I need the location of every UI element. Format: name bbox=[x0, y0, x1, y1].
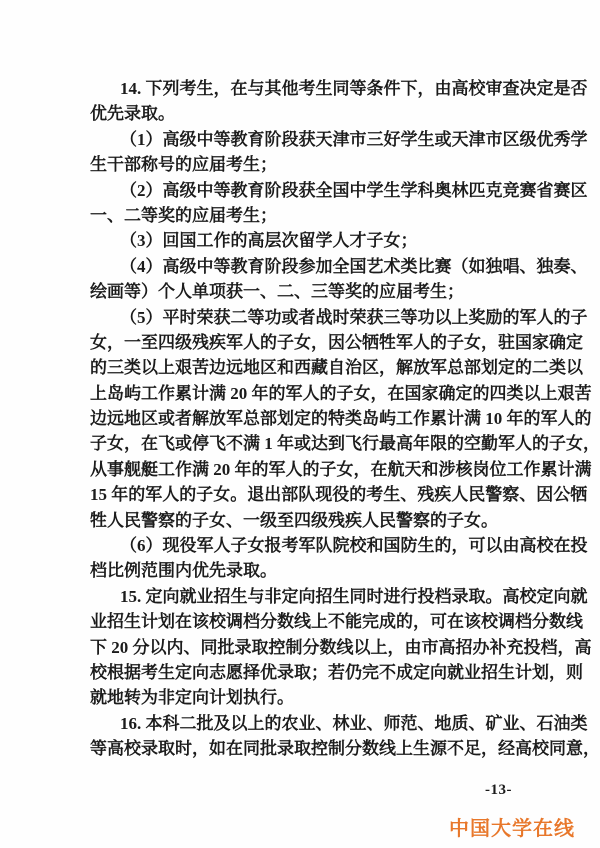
text-line: 下 20 分以内、同批录取控制分数线以上，由市高招办补充投档，高 bbox=[90, 635, 516, 660]
text-line: （6）现役军人子女报考军队院校和国防生的，可以由高校在投 bbox=[90, 533, 516, 558]
text-line: 14. 下列考生，在与其他考生同等条件下，由高校审查决定是否 bbox=[90, 76, 516, 101]
text-line: 子女，在飞或停飞不满 1 年或达到飞行最高年限的空勤军人的子女， bbox=[90, 431, 516, 456]
text-line: 牲人民警察的子女、一级至四级残疾人民警察的子女。 bbox=[90, 508, 516, 533]
text-line: （3）回国工作的高层次留学人才子女； bbox=[90, 228, 516, 253]
text-line: 15 年的军人的子女。退出部队现役的考生、残疾人民警察、因公牺 bbox=[90, 482, 516, 507]
text-line: 边远地区或者解放军总部划定的特类岛屿工作累计满 10 年的军人的 bbox=[90, 406, 516, 431]
text-line: （4）高级中等教育阶段参加全国艺术类比赛（如独唱、独奏、 bbox=[90, 254, 516, 279]
text-line: 生干部称号的应届考生； bbox=[90, 152, 516, 177]
text-line: 一、二等奖的应届考生； bbox=[90, 203, 516, 228]
text-line: 优先录取。 bbox=[90, 101, 516, 126]
text-line: 等高校录取时，如在同批录取控制分数线上生源不足，经高校同意， bbox=[90, 736, 516, 761]
text-line: （2）高级中等教育阶段获全国中学生学科奥林匹克竞赛省赛区 bbox=[90, 178, 516, 203]
text-line: 上岛屿工作累计满 20 年的军人的子女，在国家确定的四类以上艰苦 bbox=[90, 381, 516, 406]
document-body: 14. 下列考生，在与其他考生同等条件下，由高校审查决定是否优先录取。（1）高级… bbox=[90, 76, 516, 762]
text-line: 16. 本科二批及以上的农业、林业、师范、地质、矿业、石油类 bbox=[90, 711, 516, 736]
text-line: 15. 定向就业招生与非定向招生同时进行投档录取。高校定向就 bbox=[90, 584, 516, 609]
text-line: 的三类以上艰苦边远地区和西藏自治区，解放军总部划定的二类以 bbox=[90, 355, 516, 380]
page-number: -13- bbox=[485, 782, 512, 799]
watermark-logo: 中国大学在线 bbox=[449, 812, 575, 841]
text-line: （1）高级中等教育阶段获天津市三好学生或天津市区级优秀学 bbox=[90, 127, 516, 152]
text-line: 绘画等）个人单项获一、二、三等奖的应届考生； bbox=[90, 279, 516, 304]
text-line: 档比例范围内优先录取。 bbox=[90, 558, 516, 583]
text-line: 女，一至四级残疾军人的子女，因公牺牲军人的子女，驻国家确定 bbox=[90, 330, 516, 355]
document-page: 14. 下列考生，在与其他考生同等条件下，由高校审查决定是否优先录取。（1）高级… bbox=[0, 0, 600, 848]
text-line: 业招生计划在该校调档分数线上不能完成的，可在该校调档分数线 bbox=[90, 609, 516, 634]
text-line: 就地转为非定向计划执行。 bbox=[90, 685, 516, 710]
text-line: 校根据考生定向志愿择优录取；若仍完不成定向就业招生计划，则 bbox=[90, 660, 516, 685]
text-line: 从事舰艇工作满 20 年的军人的子女，在航天和涉核岗位工作累计满 bbox=[90, 457, 516, 482]
text-line: （5）平时荣获二等功或者战时荣获三等功以上奖励的军人的子 bbox=[90, 305, 516, 330]
